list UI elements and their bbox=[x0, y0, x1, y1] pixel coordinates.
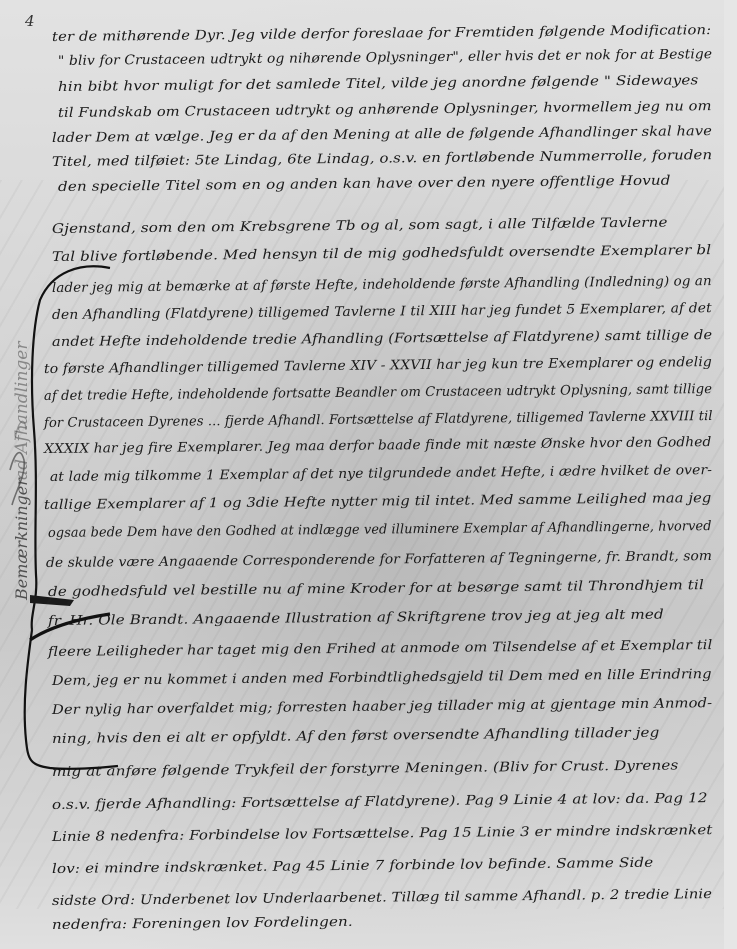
manuscript-line: Linie 8 nedenfra: Forbindelse lov Fortsæ… bbox=[52, 823, 713, 845]
manuscript-line: XXXIX har jeg fire Exemplarer. Jeg maa d… bbox=[44, 435, 712, 457]
manuscript-line: Titel, med tilføiet: 5te Lindag, 6te Lin… bbox=[52, 148, 712, 170]
manuscript-line: ogsaa bede Dem have den Godhed at indlæg… bbox=[48, 519, 712, 541]
page-edge bbox=[724, 0, 737, 949]
manuscript-line: lader Dem at vælge. Jeg er da af den Men… bbox=[52, 124, 712, 146]
manuscript-line: den specielle Titel som en og anden kan … bbox=[58, 174, 671, 195]
manuscript-line: fr. Hr. Ole Brandt. Angaaende Illustrati… bbox=[48, 608, 664, 629]
manuscript-line: sidste Ord: Underbenet lov Underlaarbene… bbox=[52, 887, 712, 909]
margin-note-upper: ad Afhandlinger bbox=[12, 342, 32, 481]
manuscript-line: af det tredie Hefte, indeholdende fortsa… bbox=[44, 382, 712, 404]
manuscript-line: hin bibt hvor muligt for det samlede Tit… bbox=[58, 73, 698, 95]
margin-note-vertical: Bemærkninger bbox=[12, 478, 31, 600]
manuscript-page: 4 ter de mithørende Dyr. Jeg vilde derfo… bbox=[0, 0, 725, 949]
manuscript-line: de skulde være Angaaende Corresponderend… bbox=[46, 549, 712, 571]
manuscript-line: til Fundskab om Crustaceen udtrykt og an… bbox=[58, 99, 712, 121]
manuscript-line: fleere Leiligheder har taget mig den Fri… bbox=[48, 638, 712, 660]
manuscript-line: for Crustaceen Dyrenes ... fjerde Afhand… bbox=[44, 409, 713, 431]
manuscript-line: lader jeg mig at bemærke at af første He… bbox=[52, 274, 712, 296]
manuscript-line: ter de mithørende Dyr. Jeg vilde derfor … bbox=[52, 23, 711, 45]
manuscript-line: Gjenstand, som den om Krebsgrene Tb og a… bbox=[52, 216, 668, 237]
manuscript-line: den Afhandling (Flatdyrene) tilligemed T… bbox=[52, 301, 712, 323]
manuscript-line: lov: ei mindre indskrænket. Pag 45 Linie… bbox=[52, 856, 653, 877]
manuscript-line: Tal blive fortløbende. Med hensyn til de… bbox=[52, 243, 711, 265]
manuscript-line: ning, hvis den ei alt er opfyldt. Af den… bbox=[52, 726, 660, 747]
manuscript-line: o.s.v. fjerde Afhandling: Fortsættelse a… bbox=[52, 791, 708, 813]
manuscript-line: tallige Exemplarer af 1 og 3die Hefte ny… bbox=[44, 491, 712, 513]
manuscript-line: " bliv for Crustaceen udtrykt og nihøren… bbox=[58, 47, 712, 69]
manuscript-line: andet Hefte indeholdende tredie Afhandli… bbox=[52, 328, 712, 350]
manuscript-line: de godhedsfuld vel bestille nu af mine K… bbox=[48, 578, 704, 600]
manuscript-line: to første Afhandlinger tilligemed Tavler… bbox=[44, 355, 712, 377]
manuscript-line: Dem, jeg er nu kommet i anden med Forbin… bbox=[52, 667, 712, 689]
manuscript-line: Der nylig har overfaldet mig; forresten … bbox=[52, 696, 712, 718]
manuscript-line: mig at anføre følgende Trykfeil der fors… bbox=[52, 758, 678, 780]
manuscript-line: at lade mig tilkomme 1 Exemplar af det n… bbox=[50, 463, 712, 485]
